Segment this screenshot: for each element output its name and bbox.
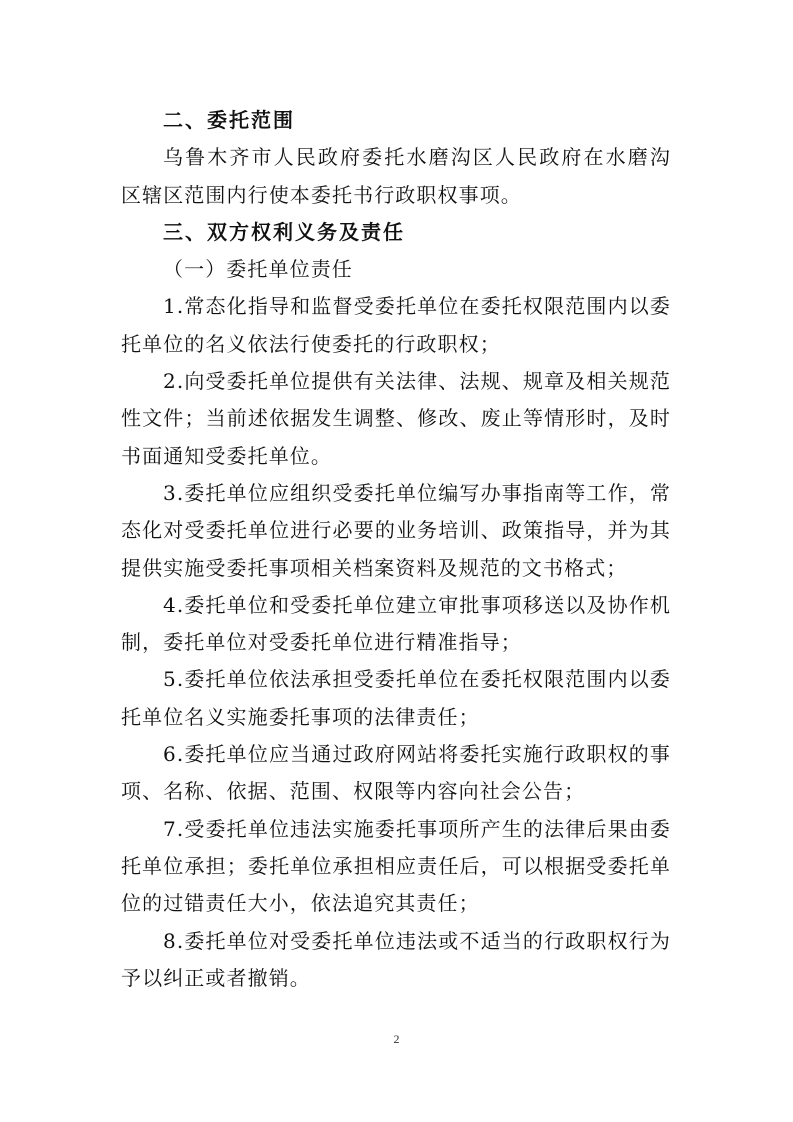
- paragraph-line: 5.委托单位依法承担受委托单位在委托权限范围内以委: [121, 661, 671, 698]
- document-page: 二、委托范围 乌鲁木齐市人民政府委托水磨沟区人民政府在水磨沟 区辖区范围内行使本…: [121, 102, 671, 997]
- paragraph-line: 3.委托单位应组织受委托单位编写办事指南等工作，常: [121, 475, 671, 512]
- paragraph-line: 制，委托单位对受委托单位进行精准指导；: [121, 624, 671, 661]
- paragraph-line: 1.常态化指导和监督受委托单位在委托权限范围内以委: [121, 288, 671, 325]
- paragraph-line: 2.向受委托单位提供有关法律、法规、规章及相关规范: [121, 363, 671, 400]
- subsection-heading: （一）委托单位责任: [121, 251, 671, 288]
- paragraph-line: 区辖区范围内行使本委托书行政职权事项。: [121, 177, 671, 214]
- paragraph-line: 位的过错责任大小，依法追究其责任；: [121, 885, 671, 922]
- paragraph-line: 书面通知受委托单位。: [121, 438, 671, 475]
- paragraph-line: 提供实施受委托事项相关档案资料及规范的文书格式；: [121, 550, 671, 587]
- page-number: 2: [0, 1032, 793, 1047]
- paragraph-line: 7.受委托单位违法实施委托事项所产生的法律后果由委: [121, 811, 671, 848]
- paragraph-line: 项、名称、依据、范围、权限等内容向社会公告；: [121, 773, 671, 810]
- section-heading-rights: 三、双方权利义务及责任: [121, 214, 671, 251]
- paragraph-line: 4.委托单位和受委托单位建立审批事项移送以及协作机: [121, 587, 671, 624]
- paragraph-line: 8.委托单位对受委托单位违法或不适当的行政职权行为: [121, 923, 671, 960]
- list-item-1: 1.常态化指导和监督受委托单位在委托权限范围内以委 托单位的名义依法行使委托的行…: [121, 288, 671, 363]
- list-item-7: 7.受委托单位违法实施委托事项所产生的法律后果由委 托单位承担；委托单位承担相应…: [121, 811, 671, 923]
- paragraph-line: 乌鲁木齐市人民政府委托水磨沟区人民政府在水磨沟: [121, 139, 671, 176]
- paragraph-line: 予以纠正或者撤销。: [121, 960, 671, 997]
- list-item-4: 4.委托单位和受委托单位建立审批事项移送以及协作机 制，委托单位对受委托单位进行…: [121, 587, 671, 662]
- section-heading-scope: 二、委托范围: [121, 102, 671, 139]
- paragraph-line: 性文件；当前述依据发生调整、修改、废止等情形时，及时: [121, 400, 671, 437]
- list-item-5: 5.委托单位依法承担受委托单位在委托权限范围内以委 托单位名义实施委托事项的法律…: [121, 661, 671, 736]
- list-item-8: 8.委托单位对受委托单位违法或不适当的行政职权行为 予以纠正或者撤销。: [121, 923, 671, 998]
- paragraph-line: 态化对受委托单位进行必要的业务培训、政策指导，并为其: [121, 512, 671, 549]
- list-item-2: 2.向受委托单位提供有关法律、法规、规章及相关规范 性文件；当前述依据发生调整、…: [121, 363, 671, 475]
- paragraph-line: 托单位名义实施委托事项的法律责任；: [121, 699, 671, 736]
- list-item-6: 6.委托单位应当通过政府网站将委托实施行政职权的事 项、名称、依据、范围、权限等…: [121, 736, 671, 811]
- list-item-3: 3.委托单位应组织受委托单位编写办事指南等工作，常 态化对受委托单位进行必要的业…: [121, 475, 671, 587]
- paragraph-line: 6.委托单位应当通过政府网站将委托实施行政职权的事: [121, 736, 671, 773]
- paragraph-line: 托单位的名义依法行使委托的行政职权；: [121, 326, 671, 363]
- paragraph-line: 托单位承担；委托单位承担相应责任后，可以根据受委托单: [121, 848, 671, 885]
